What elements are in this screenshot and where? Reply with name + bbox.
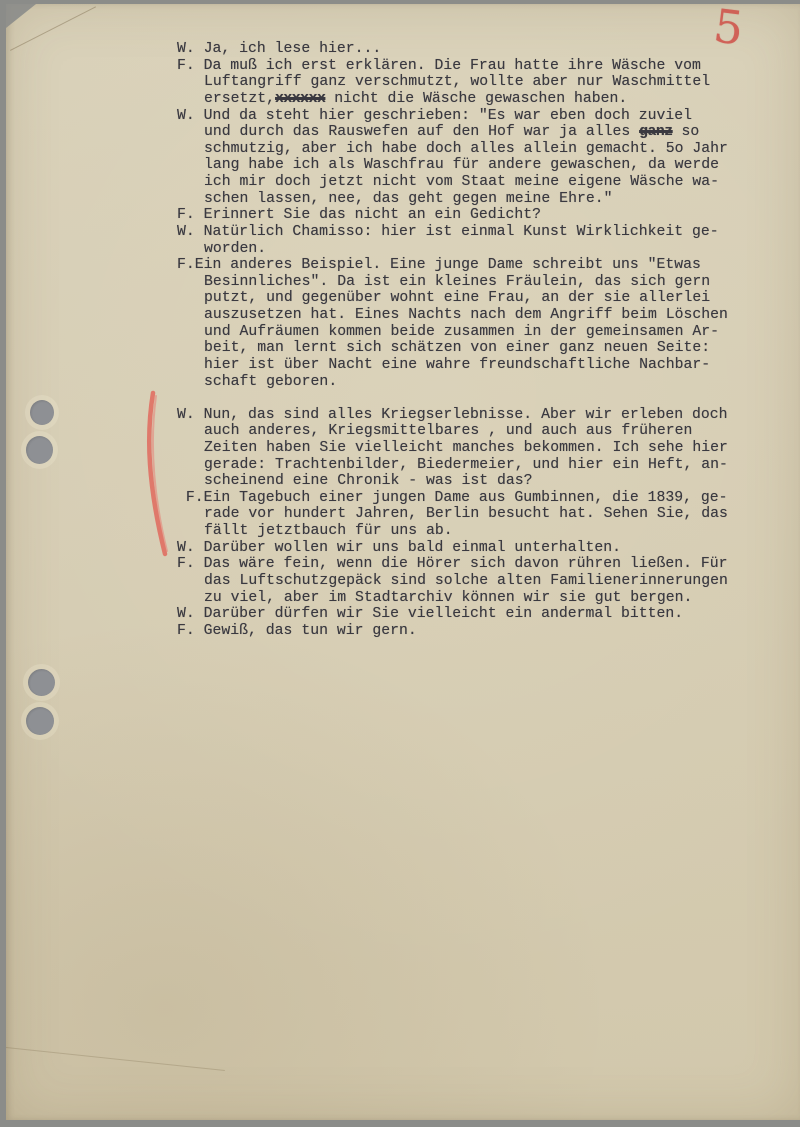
transcript-paragraph: F. Da muß ich erst erklären. Die Frau ha… — [177, 58, 757, 108]
hole-punch — [26, 707, 54, 735]
transcript-paragraph: W. Darüber dürfen wir Sie vielleicht ein… — [177, 606, 757, 623]
typescript-line: W. Und da steht hier geschrieben: "Es wa… — [177, 108, 757, 125]
transcript-paragraph: F.Ein Tagebuch einer jungen Dame aus Gum… — [177, 490, 757, 540]
typescript-line: ersetzt,xxxxxx nicht die Wäsche gewasche… — [177, 91, 757, 108]
transcript-paragraph: W. Natürlich Chamisso: hier ist einmal K… — [177, 224, 757, 257]
typescript-line: F. Da muß ich erst erklären. Die Frau ha… — [177, 58, 757, 75]
transcript-paragraph: W. Darüber wollen wir uns bald einmal un… — [177, 540, 757, 557]
typescript-line: auszusetzen hat. Eines Nachts nach dem A… — [177, 307, 757, 324]
typescript-line: das Luftschutzgepäck sind solche alten F… — [177, 573, 757, 590]
typed-over-strikeout: ganz — [639, 124, 673, 140]
typescript-line: zu viel, aber im Stadtarchiv können wir … — [177, 590, 757, 607]
hole-punch — [26, 436, 53, 464]
typescript-line: worden. — [177, 241, 757, 258]
typescript-line: W. Ja, ich lese hier... — [177, 41, 757, 58]
scanned-document-page: { "page": { "page_number": "5", "paper_c… — [0, 0, 800, 1127]
typescript-line: rade vor hundert Jahren, Berlin besucht … — [177, 506, 757, 523]
typescript-line: Besinnliches". Da ist ein kleines Fräule… — [177, 274, 757, 291]
typescript-line: W. Natürlich Chamisso: hier ist einmal K… — [177, 224, 757, 241]
torn-corner — [6, 4, 36, 28]
typescript-line: putzt, und gegenüber wohnt eine Frau, an… — [177, 290, 757, 307]
transcript-paragraph: W. Und da steht hier geschrieben: "Es wa… — [177, 108, 757, 208]
hole-punch — [30, 400, 54, 425]
typescript-line: F.Ein anderes Beispiel. Eine junge Dame … — [177, 257, 757, 274]
typescript-line: auch anderes, Kriegsmittelbares , und au… — [177, 423, 757, 440]
typescript-line: gerade: Trachtenbilder, Biedermeier, und… — [177, 457, 757, 474]
transcript-paragraph: F. Gewiß, das tun wir gern. — [177, 623, 757, 640]
transcript-paragraph: W. Nun, das sind alles Kriegserlebnisse.… — [177, 407, 757, 490]
typed-over-strikeout: xxxxxx — [275, 91, 325, 107]
typescript-body: W. Ja, ich lese hier...F. Da muß ich ers… — [177, 41, 757, 639]
typescript-line: hier ist über Nacht eine wahre freundsch… — [177, 357, 757, 374]
typescript-line: ich mir doch jetzt nicht vom Staat meine… — [177, 174, 757, 191]
typescript-line: beit, man lernt sich schätzen von einer … — [177, 340, 757, 357]
typescript-line: W. Nun, das sind alles Kriegserlebnisse.… — [177, 407, 757, 424]
transcript-paragraph: F.Ein anderes Beispiel. Eine junge Dame … — [177, 257, 757, 390]
bottom-crease — [6, 1047, 225, 1071]
typescript-line: F. Erinnert Sie das nicht an ein Gedicht… — [177, 207, 757, 224]
transcript-paragraph: W. Ja, ich lese hier... — [177, 41, 757, 58]
transcript-paragraph: F. Das wäre fein, wenn die Hörer sich da… — [177, 556, 757, 606]
typescript-line: schen lassen, nee, das geht gegen meine … — [177, 191, 757, 208]
hole-punch — [28, 669, 55, 696]
typescript-line: und durch das Rauswefen auf den Hof war … — [177, 124, 757, 141]
typescript-line: W. Darüber wollen wir uns bald einmal un… — [177, 540, 757, 557]
typescript-line: lang habe ich als Waschfrau für andere g… — [177, 157, 757, 174]
typescript-line: Zeiten haben Sie vielleicht manches beko… — [177, 440, 757, 457]
typescript-line: fällt jetztbauch für uns ab. — [177, 523, 757, 540]
typescript-line: W. Darüber dürfen wir Sie vielleicht ein… — [177, 606, 757, 623]
typescript-line: schmutzig, aber ich habe doch alles alle… — [177, 141, 757, 158]
typescript-line: F.Ein Tagebuch einer jungen Dame aus Gum… — [177, 490, 757, 507]
typescript-line: und Aufräumen kommen beide zusammen in d… — [177, 324, 757, 341]
typescript-line: F. Gewiß, das tun wir gern. — [177, 623, 757, 640]
typescript-line: Luftangriff ganz verschmutzt, wollte abe… — [177, 74, 757, 91]
typescript-line: schaft geboren. — [177, 374, 757, 391]
typescript-line: scheinend eine Chronik - was ist das? — [177, 473, 757, 490]
typescript-line: F. Das wäre fein, wenn die Hörer sich da… — [177, 556, 757, 573]
transcript-paragraph: F. Erinnert Sie das nicht an ein Gedicht… — [177, 207, 757, 224]
